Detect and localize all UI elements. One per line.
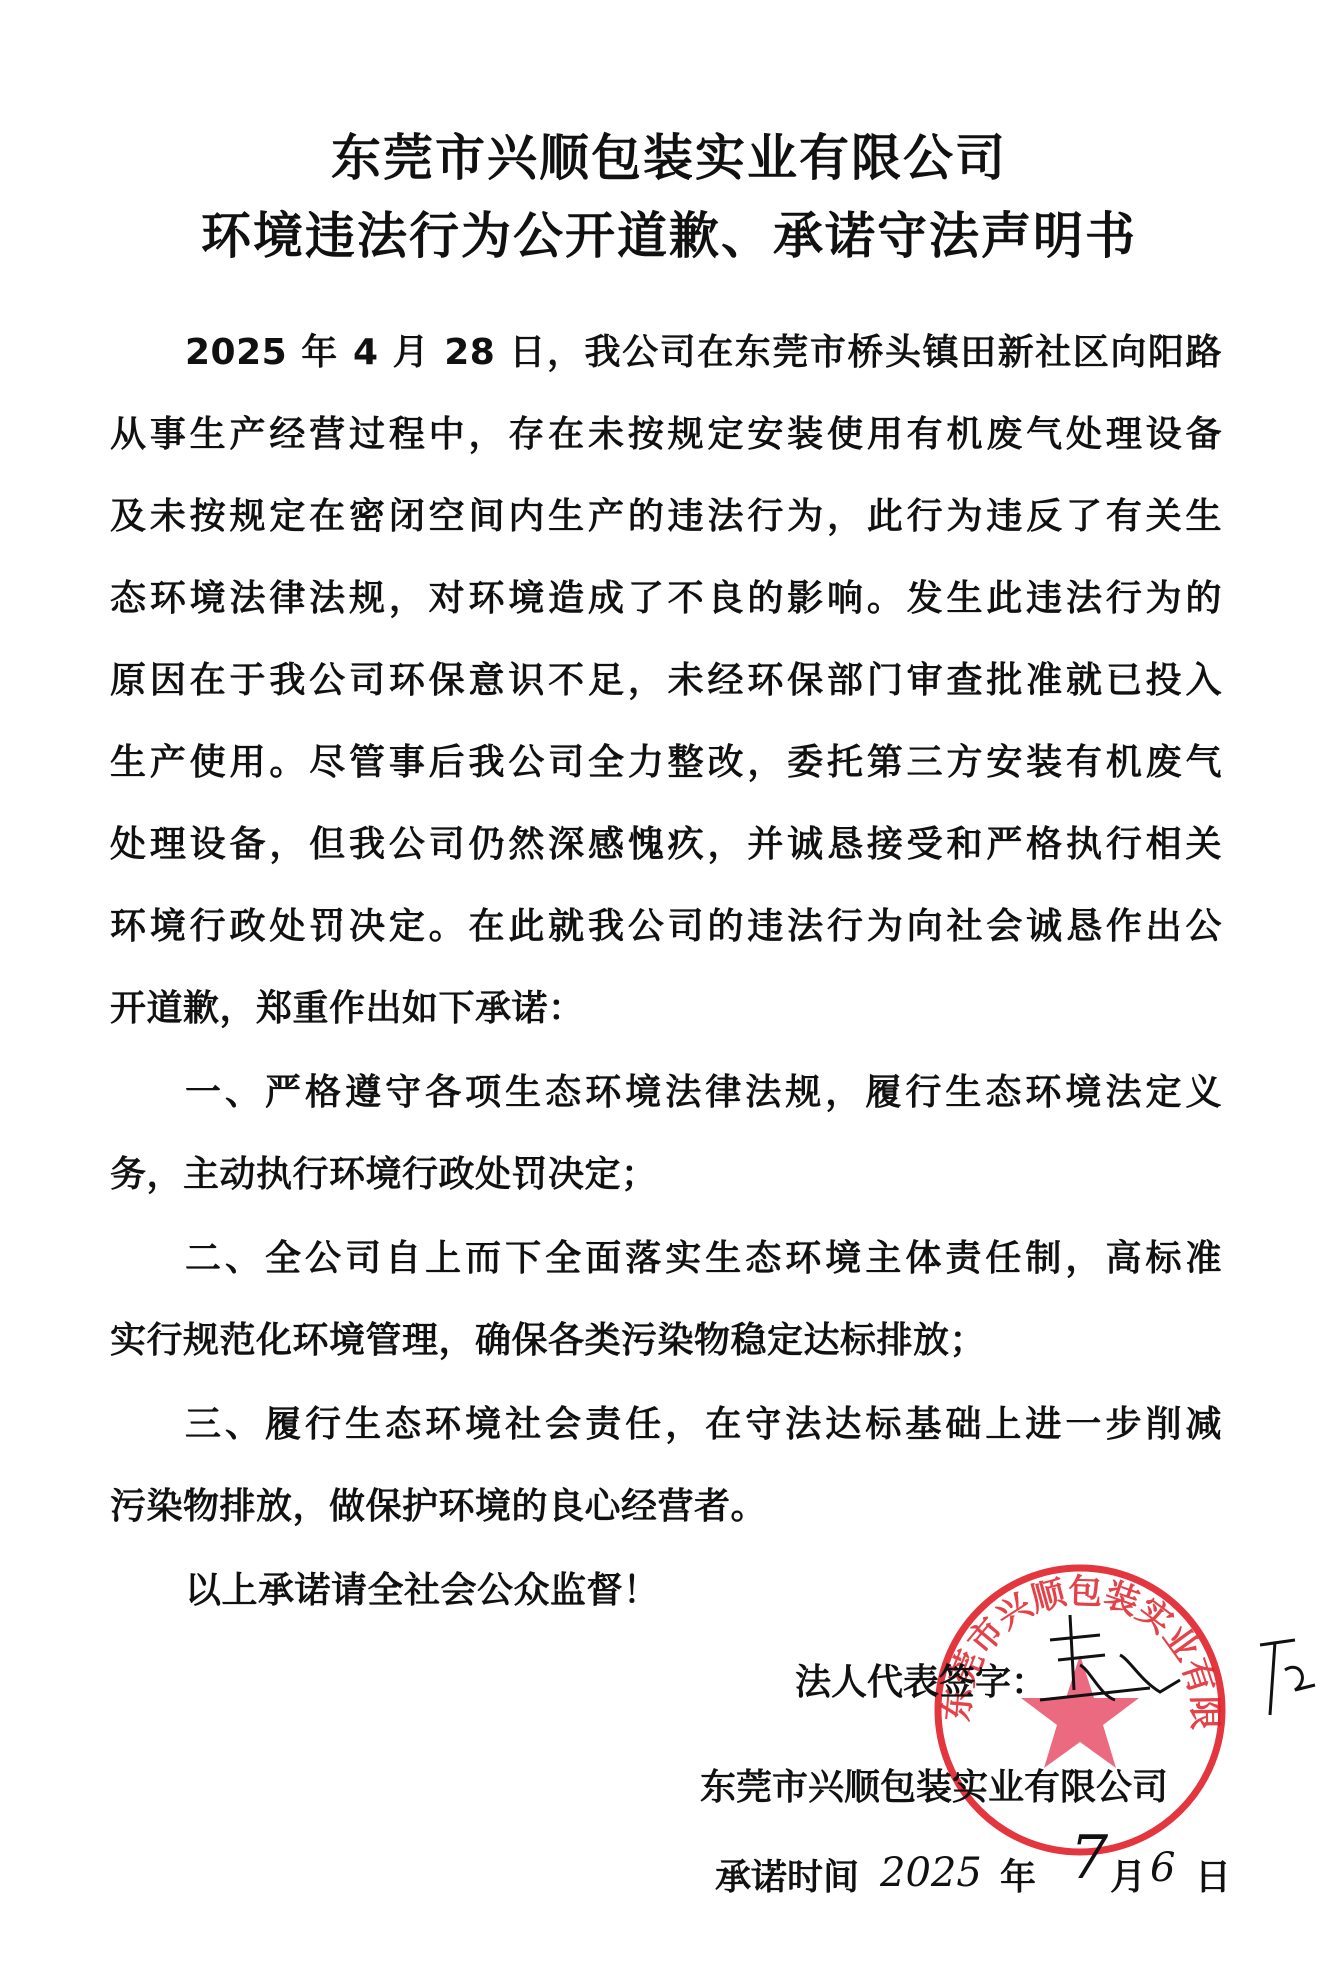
- body-line-1: 2025 年 4 月 28 日，我公司在东莞市桥头镇田新社区向阳路: [185, 330, 1222, 376]
- year-unit: 年: [1000, 1855, 1036, 1901]
- month-unit: 月: [1110, 1855, 1146, 1901]
- signature-label: 法人代表签字：: [795, 1660, 1047, 1706]
- day-unit: 日: [1195, 1855, 1231, 1901]
- body-line-8: 环境行政处罚决定。在此就我公司的违法行为向社会诚恳作出公: [110, 904, 1222, 950]
- body-line-7: 处理设备，但我公司仍然深感愧疚，并诚恳接受和严格执行相关: [110, 822, 1222, 868]
- company-name-signature: 东莞市兴顺包装实业有限公司: [700, 1765, 1168, 1811]
- commitment-2-line-2: 实行规范化环境管理，确保各类污染物稳定达标排放；: [110, 1318, 1222, 1364]
- body-line-2: 从事生产经营过程中，存在未按规定安装使用有机废气处理设备: [110, 412, 1222, 458]
- handwritten-year: 2025: [880, 1850, 982, 1896]
- body-line-6: 生产使用。尽管事后我公司全力整改，委托第三方安装有机废气: [110, 740, 1222, 786]
- document-title-company: 东莞市兴顺包装实业有限公司: [0, 128, 1338, 188]
- commitment-3-line-2: 污染物排放，做保护环境的良心经营者。: [110, 1484, 1222, 1530]
- commitment-1-line-2: 务，主动执行环境行政处罚决定；: [110, 1152, 1222, 1198]
- body-line-3: 及未按规定在密闭空间内生产的违法行为，此行为违反了有关生: [110, 494, 1222, 540]
- handwritten-day: 6: [1150, 1845, 1175, 1891]
- handwritten-signature-icon: [1030, 1600, 1330, 1740]
- handwritten-month: 7: [1070, 1835, 1108, 1881]
- document-title-statement: 环境违法行为公开道歉、承诺守法声明书: [0, 206, 1338, 266]
- commitment-3-line-1: 三、履行生态环境社会责任，在守法达标基础上进一步削减: [185, 1402, 1222, 1448]
- commitment-1-line-1: 一、严格遵守各项生态环境法律法规，履行生态环境法定义: [185, 1070, 1222, 1116]
- date-label: 承诺时间: [715, 1855, 859, 1901]
- body-line-9: 开道歉，郑重作出如下承诺：: [110, 986, 1222, 1032]
- body-line-4: 态环境法律法规，对环境造成了不良的影响。发生此违法行为的: [110, 576, 1222, 622]
- body-line-5: 原因在于我公司环保意识不足，未经环保部门审查批准就已投入: [110, 658, 1222, 704]
- commitment-2-line-1: 二、全公司自上而下全面落实生态环境主体责任制，高标准: [185, 1236, 1222, 1282]
